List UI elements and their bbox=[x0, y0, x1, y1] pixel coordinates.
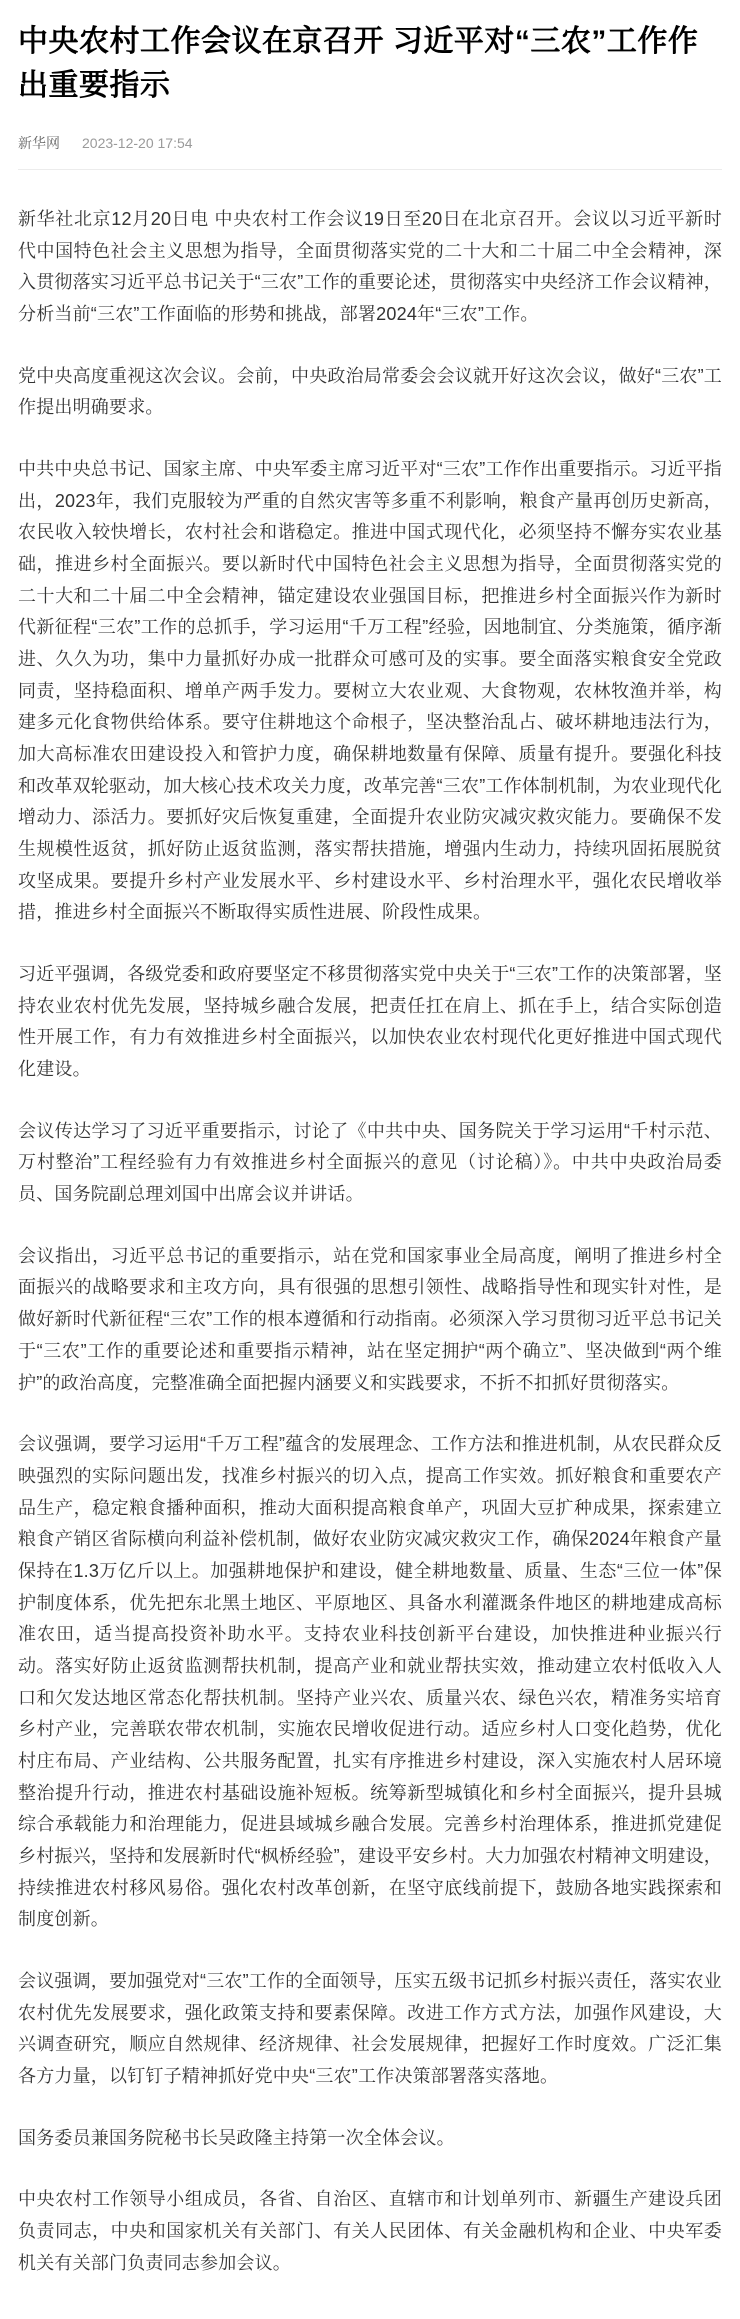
divider bbox=[18, 169, 722, 170]
source-label: 新华网 bbox=[18, 133, 60, 153]
paragraph: 中共中央总书记、国家主席、中央军委主席习近平对“三农”工作作出重要指示。习近平指… bbox=[18, 454, 722, 929]
paragraph: 会议传达学习了习近平重要指示，讨论了《中共中央、国务院关于学习运用“千村示范、万… bbox=[18, 1116, 722, 1211]
paragraph: 中央农村工作领导小组成员，各省、自治区、直辖市和计划单列市、新疆生产建设兵团负责… bbox=[18, 2184, 722, 2279]
article-body: 新华社北京12月20日电 中央农村工作会议19日至20日在北京召开。会议以习近平… bbox=[18, 204, 722, 2279]
paragraph: 党中央高度重视这次会议。会前，中央政治局常委会会议就开好这次会议，做好“三农”工… bbox=[18, 361, 722, 424]
article-meta: 新华网 2023-12-20 17:54 bbox=[18, 133, 722, 153]
paragraph: 国务委员兼国务院秘书长吴政隆主持第一次全体会议。 bbox=[18, 2123, 722, 2155]
article-page: 中央农村工作会议在京召开 习近平对“三农”工作作出重要指示 新华网 2023-1… bbox=[0, 0, 740, 2319]
paragraph: 会议强调，要加强党对“三农”工作的全面领导，压实五级书记抓乡村振兴责任，落实农业… bbox=[18, 1966, 722, 2093]
paragraph: 新华社北京12月20日电 中央农村工作会议19日至20日在北京召开。会议以习近平… bbox=[18, 204, 722, 331]
paragraph: 会议指出，习近平总书记的重要指示，站在党和国家事业全局高度，阐明了推进乡村全面振… bbox=[18, 1241, 722, 1399]
paragraph: 会议强调，要学习运用“千万工程”蕴含的发展理念、工作方法和推进机制，从农民群众反… bbox=[18, 1429, 722, 1936]
paragraph: 习近平强调，各级党委和政府要坚定不移贯彻落实党中央关于“三农”工作的决策部署，坚… bbox=[18, 959, 722, 1086]
page-title: 中央农村工作会议在京召开 习近平对“三农”工作作出重要指示 bbox=[18, 20, 722, 107]
publish-timestamp: 2023-12-20 17:54 bbox=[82, 135, 193, 151]
